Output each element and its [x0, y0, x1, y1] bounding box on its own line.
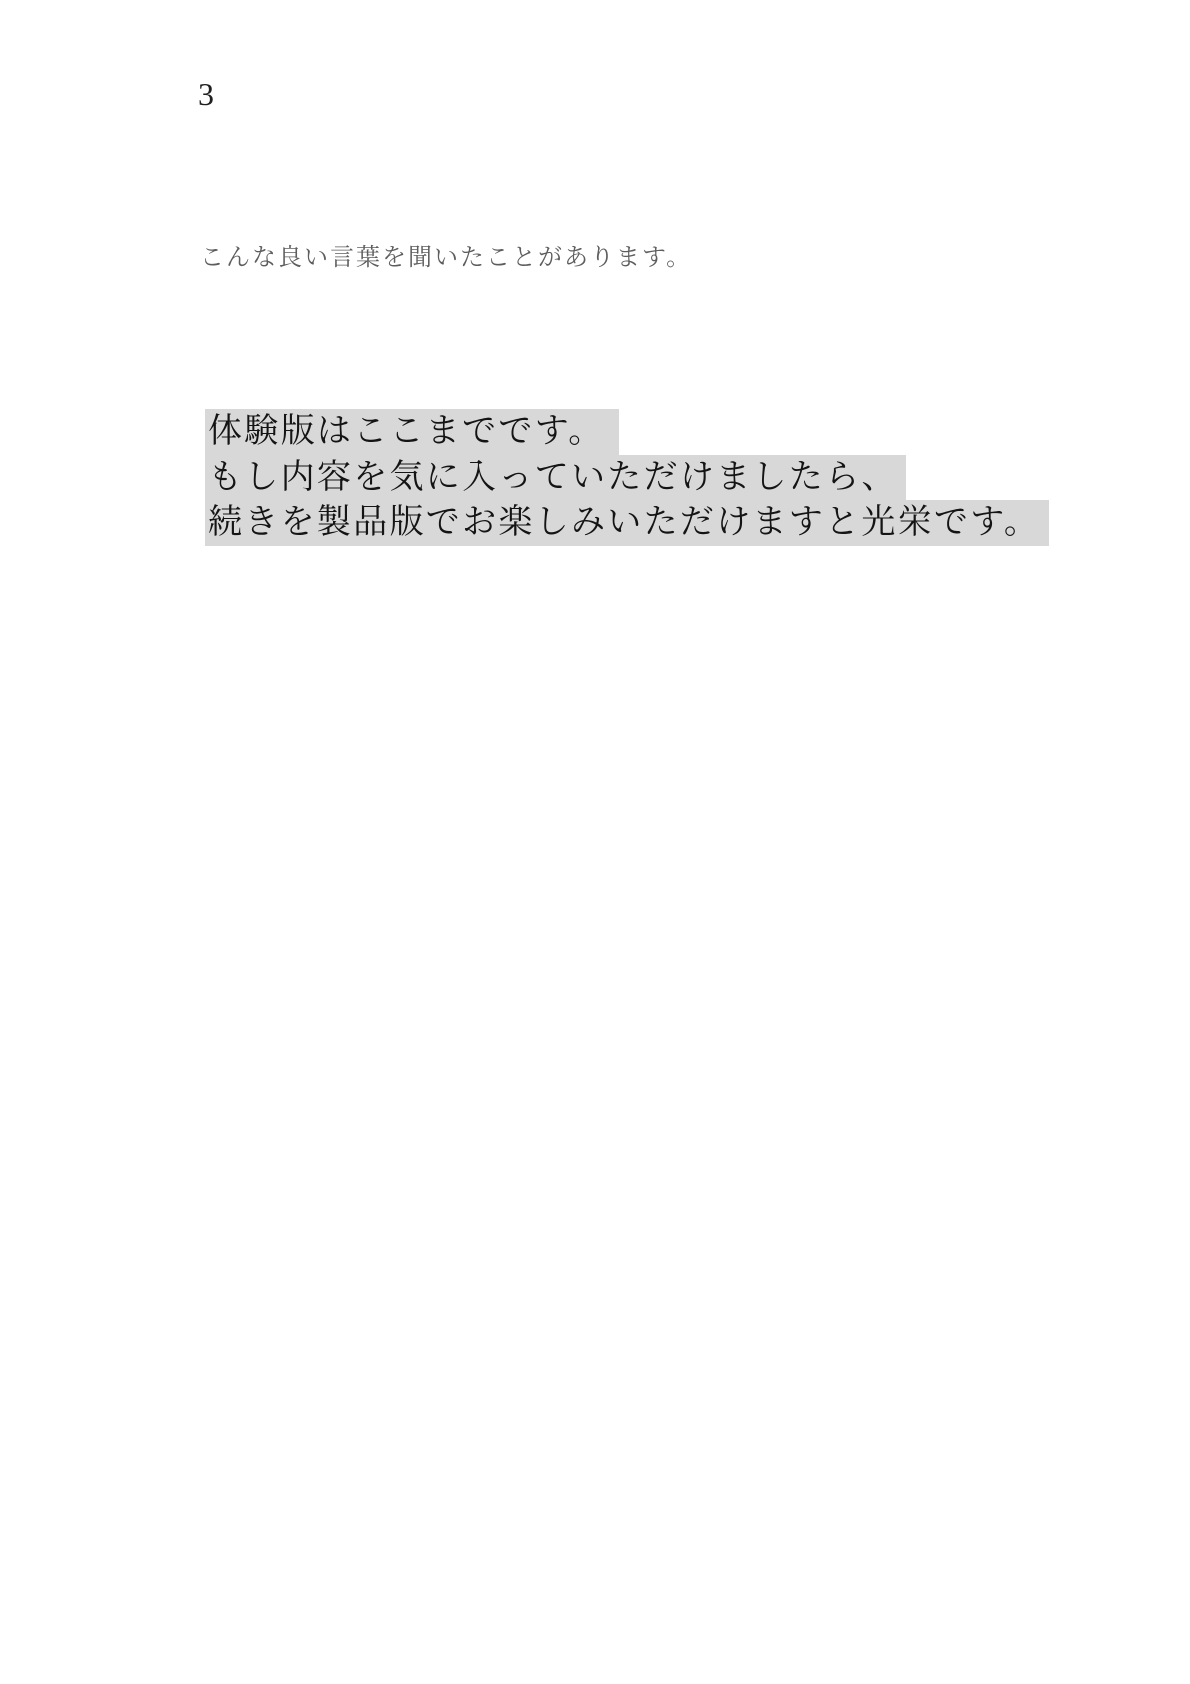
- document-page: 3 こんな良い言葉を聞いたことがあります。 体験版はここまでです。 もし内容を気…: [0, 0, 1190, 1684]
- trial-notice-block: 体験版はここまでです。 もし内容を気に入っていただけましたら、 続きを製品版でお…: [205, 409, 1049, 546]
- intro-text: こんな良い言葉を聞いたことがあります。: [200, 242, 692, 274]
- trial-notice-line: もし内容を気に入っていただけましたら、: [205, 455, 1049, 501]
- highlighted-line-text: もし内容を気に入っていただけましたら、: [205, 455, 906, 501]
- trial-notice-line: 体験版はここまでです。: [205, 409, 1049, 455]
- highlighted-line-text: 体験版はここまでです。: [205, 409, 619, 455]
- page-number: 3: [198, 78, 214, 110]
- highlighted-line-text: 続きを製品版でお楽しみいただけますと光栄です。: [205, 500, 1049, 546]
- trial-notice-line: 続きを製品版でお楽しみいただけますと光栄です。: [205, 500, 1049, 546]
